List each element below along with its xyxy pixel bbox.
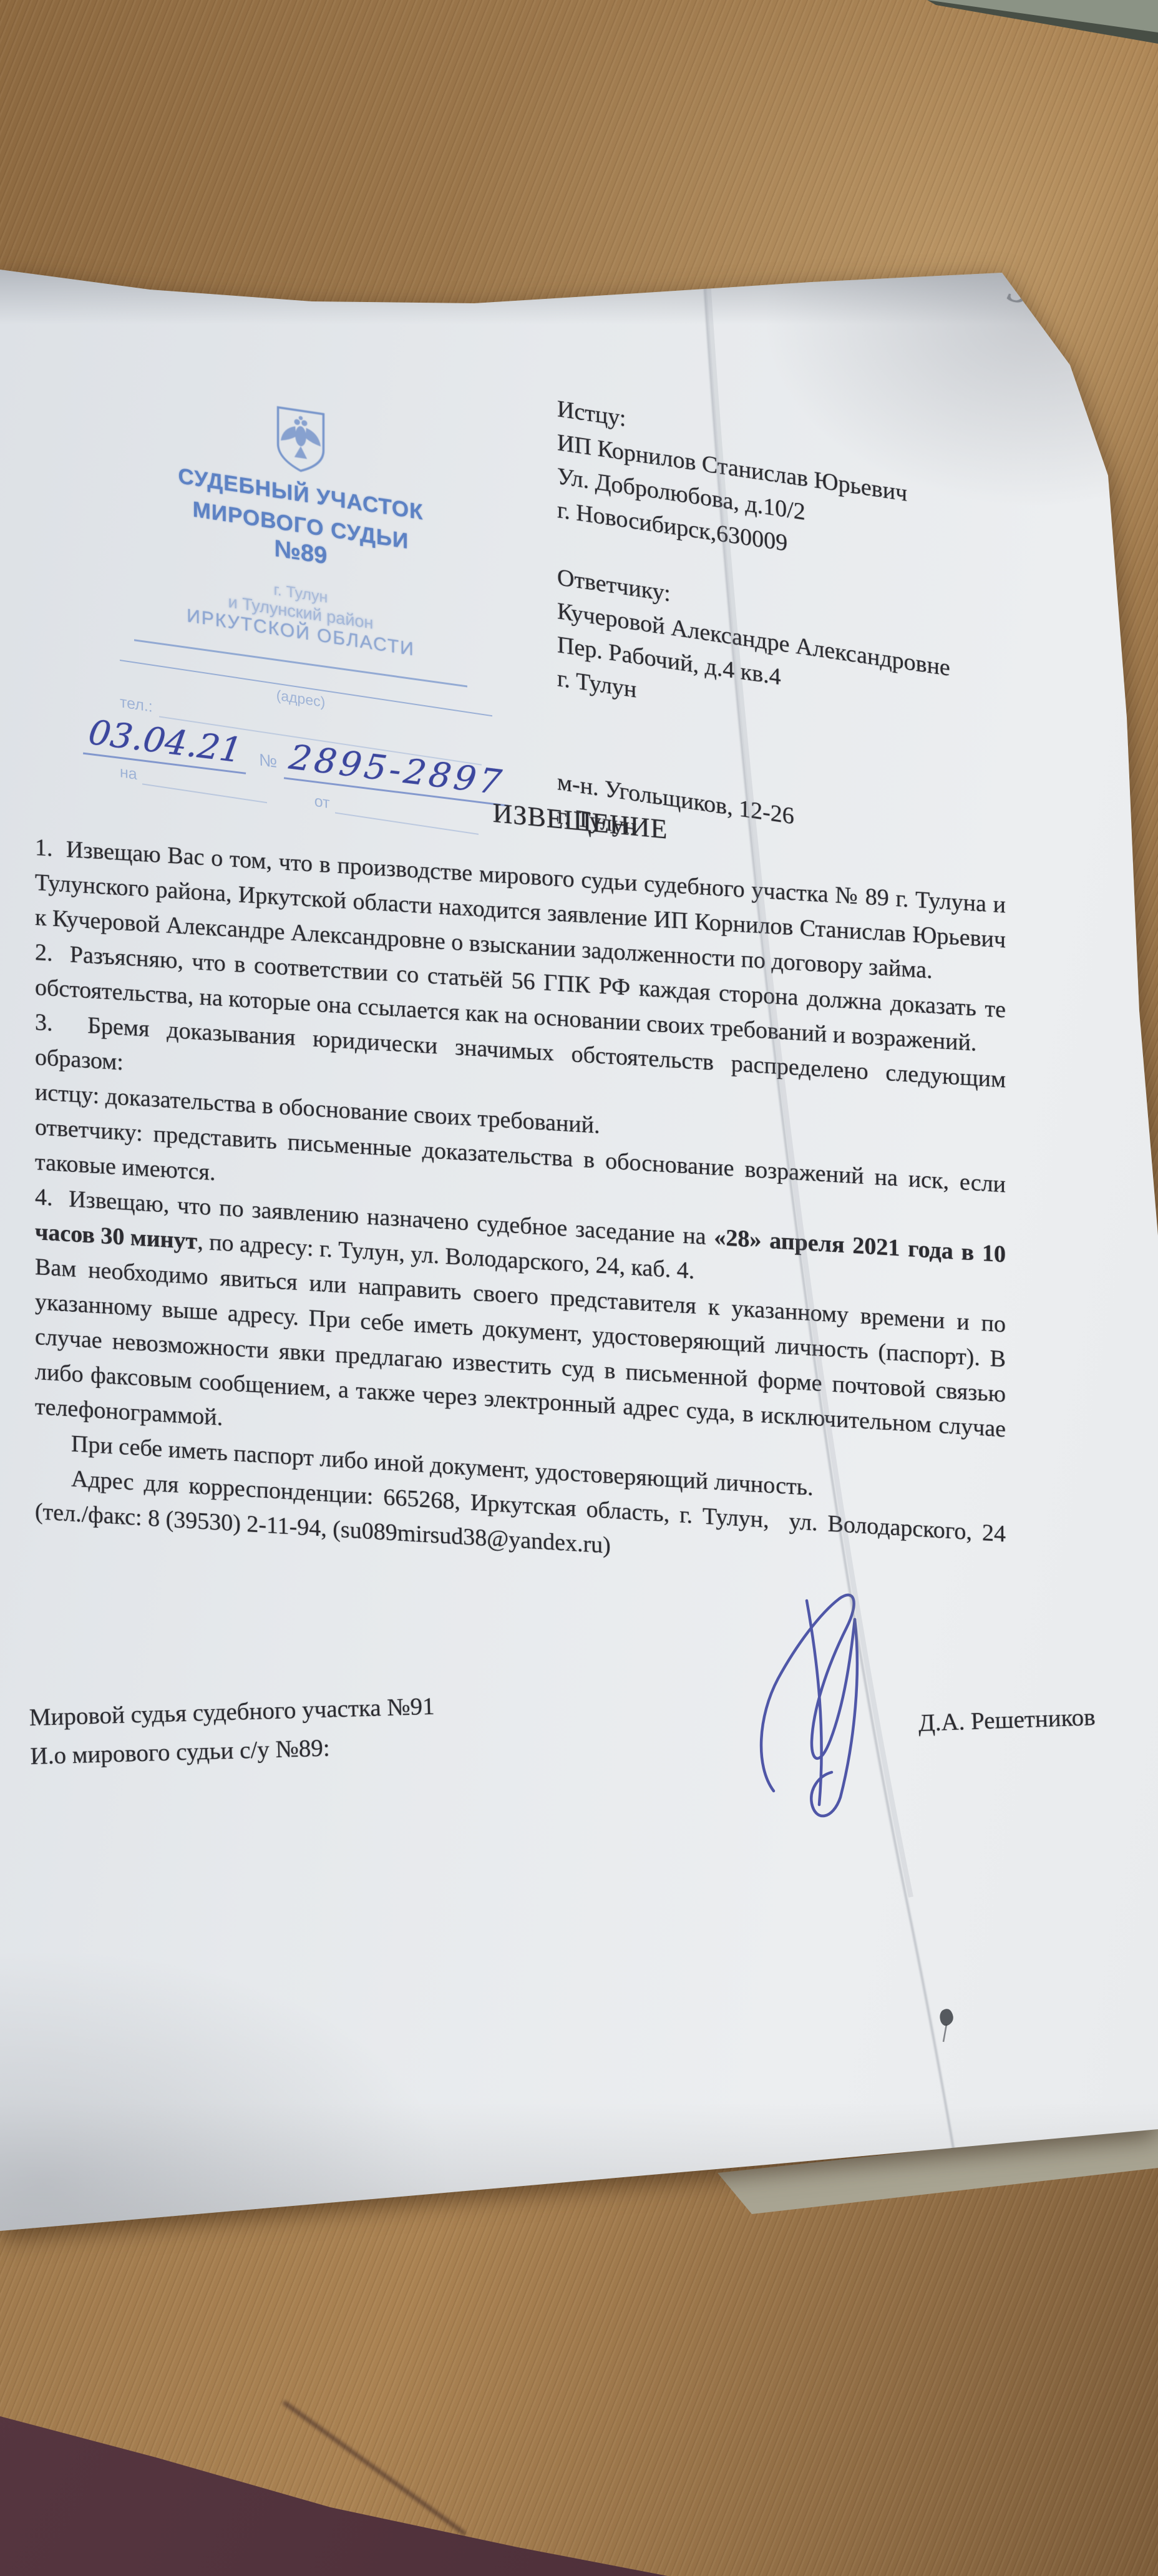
stamp-ot-label: от [314, 793, 330, 813]
number-sign: № [259, 750, 278, 778]
court-stamp: СУДЕБНЫЙ УЧАСТОК МИРОВОГО СУДЬИ №89 г. Т… [120, 382, 482, 836]
handwritten-signature [739, 1585, 927, 1828]
ink-speck [940, 2009, 953, 2026]
stamp-na-label: на [120, 763, 137, 784]
paper-bottom-shadow [0, 2103, 1158, 2234]
document-sheet: СУДЕБНЫЙ УЧАСТОК МИРОВОГО СУДЬИ №89 г. Т… [0, 0, 1158, 2576]
coat-of-arms-icon [273, 405, 328, 477]
paper-top-shadow [0, 265, 1158, 324]
stamp-blank-line [335, 796, 479, 834]
stamp-phone-label: тел.: [120, 693, 153, 716]
signature-position-block: Мировой судья судебного участка №91 И.о … [29, 1681, 654, 1776]
paper-shadow-wrap: СУДЕБНЫЙ УЧАСТОК МИРОВОГО СУДЬИ №89 г. Т… [0, 0, 1158, 2576]
photographed-court-notice: СУДЕБНЫЙ УЧАСТОК МИРОВОГО СУДЬИ №89 г. Т… [0, 0, 1158, 2576]
judge-name: Д.А. Решетников [918, 1703, 1096, 1737]
document-body: 1. Извещаю Вас о том, что в производстве… [35, 830, 1006, 1586]
spacer [272, 804, 309, 809]
